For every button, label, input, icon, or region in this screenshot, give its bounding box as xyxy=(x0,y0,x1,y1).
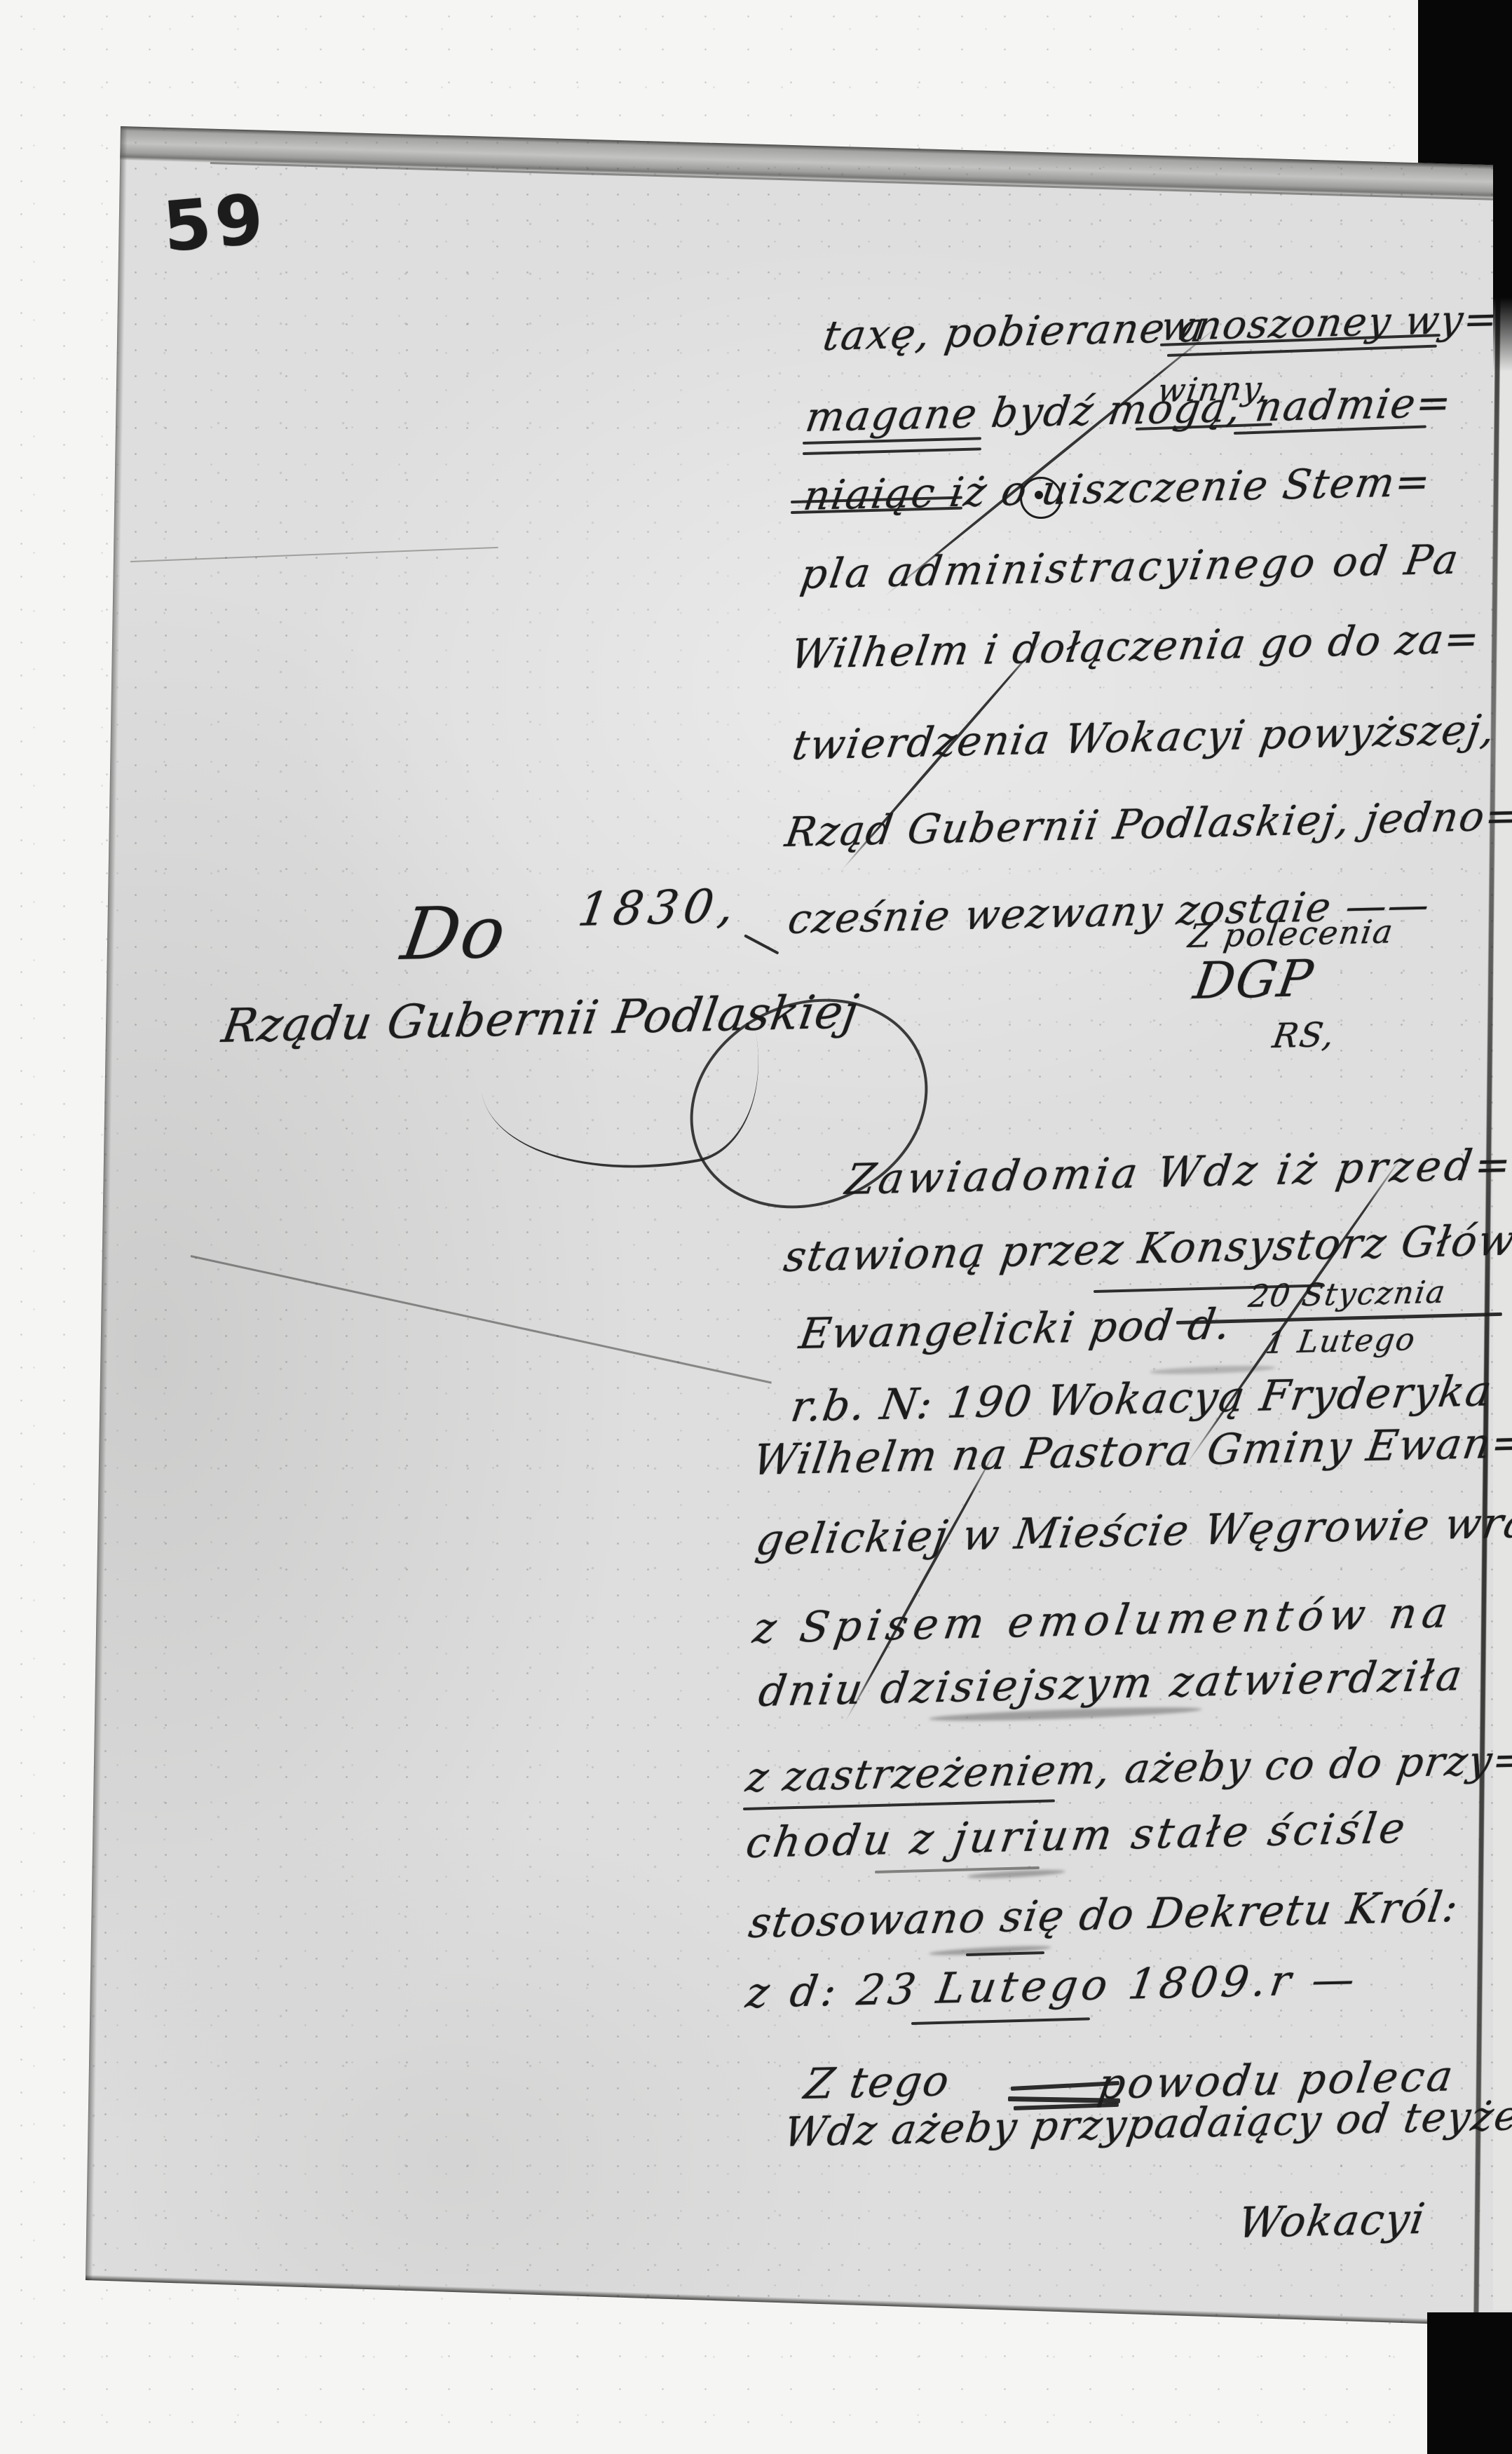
fragment-line-7: Rząd Gubernii Podlaskiej, jedno= xyxy=(782,794,1512,855)
page-number: 59 xyxy=(161,182,271,266)
dash-mark xyxy=(744,934,779,954)
scan-canvas: 59 taxę, pobierane a wnoszoney wy= winny… xyxy=(0,0,1512,2454)
fragment-line-6: twierdzenia Wokacyi powyższej, xyxy=(789,707,1499,768)
body-line-9: z zastrzeżeniem, ażeby co do przy= xyxy=(743,1737,1512,1800)
document-page: 59 taxę, pobierane a wnoszoney wy= winny… xyxy=(0,0,1512,2454)
page-bottom-edge xyxy=(81,2275,1512,2336)
circle-mark-dot xyxy=(1035,491,1043,499)
body-line-11: stosowano się do Dekretu Król: xyxy=(746,1884,1462,1946)
body-line-3: Ewangelicki pod d. xyxy=(796,1301,1235,1357)
closing-initials-rs: RS, xyxy=(1270,1017,1338,1055)
scratch-line xyxy=(130,547,498,562)
backdrop-right-strip xyxy=(1493,140,1512,372)
body-line-2: stawioną przez Konsystorz Głów xyxy=(781,1217,1512,1280)
fragment-line-5: Wilhelm i dołączenia go do za= xyxy=(788,616,1483,677)
underline-mark xyxy=(743,1799,1055,1810)
body-line-12: z d: 23 Lutego 1809.r — xyxy=(743,1956,1362,2016)
body-line-6: gelickiej w Mieście Węgrowie wraz xyxy=(753,1499,1512,1564)
underline-mark xyxy=(911,2017,1090,2025)
fragment-line-4: pla administracyinego od Pa xyxy=(798,537,1464,597)
scratch-line xyxy=(191,1255,772,1384)
body-line-1: Zawiadomia Wdz iż przed= xyxy=(843,1141,1512,1203)
body-line-15: Wokacyi xyxy=(1235,2196,1429,2246)
body-line-8: dniu dzisiejszym zatwierdziła xyxy=(756,1653,1468,1715)
body-line-7: z Spisem emolumentów na xyxy=(750,1589,1457,1652)
body-line-13-start: Z tego xyxy=(801,2058,953,2108)
page-top-edge xyxy=(111,122,1512,200)
closing-formula: Z polecenia xyxy=(1186,914,1396,954)
year-notation: 1830, xyxy=(575,881,743,936)
dual-date-denominator: 1 Lutego xyxy=(1263,1323,1418,1360)
backdrop-bottom-right xyxy=(1427,2312,1512,2454)
dual-date-numerator: 20 Stycznia xyxy=(1246,1275,1448,1314)
body-line-10: chodu z jurium stałe ściśle xyxy=(743,1805,1412,1866)
closing-initials-dgp: DGP xyxy=(1190,951,1318,1009)
fragment-line-1: taxę, pobierane a xyxy=(820,305,1209,358)
address-salutation: Do xyxy=(397,893,512,975)
fragment-line-2: magane bydź mogą, nadmie= xyxy=(803,381,1455,440)
strike-mark xyxy=(803,447,981,455)
page-left-edge xyxy=(70,123,128,2284)
